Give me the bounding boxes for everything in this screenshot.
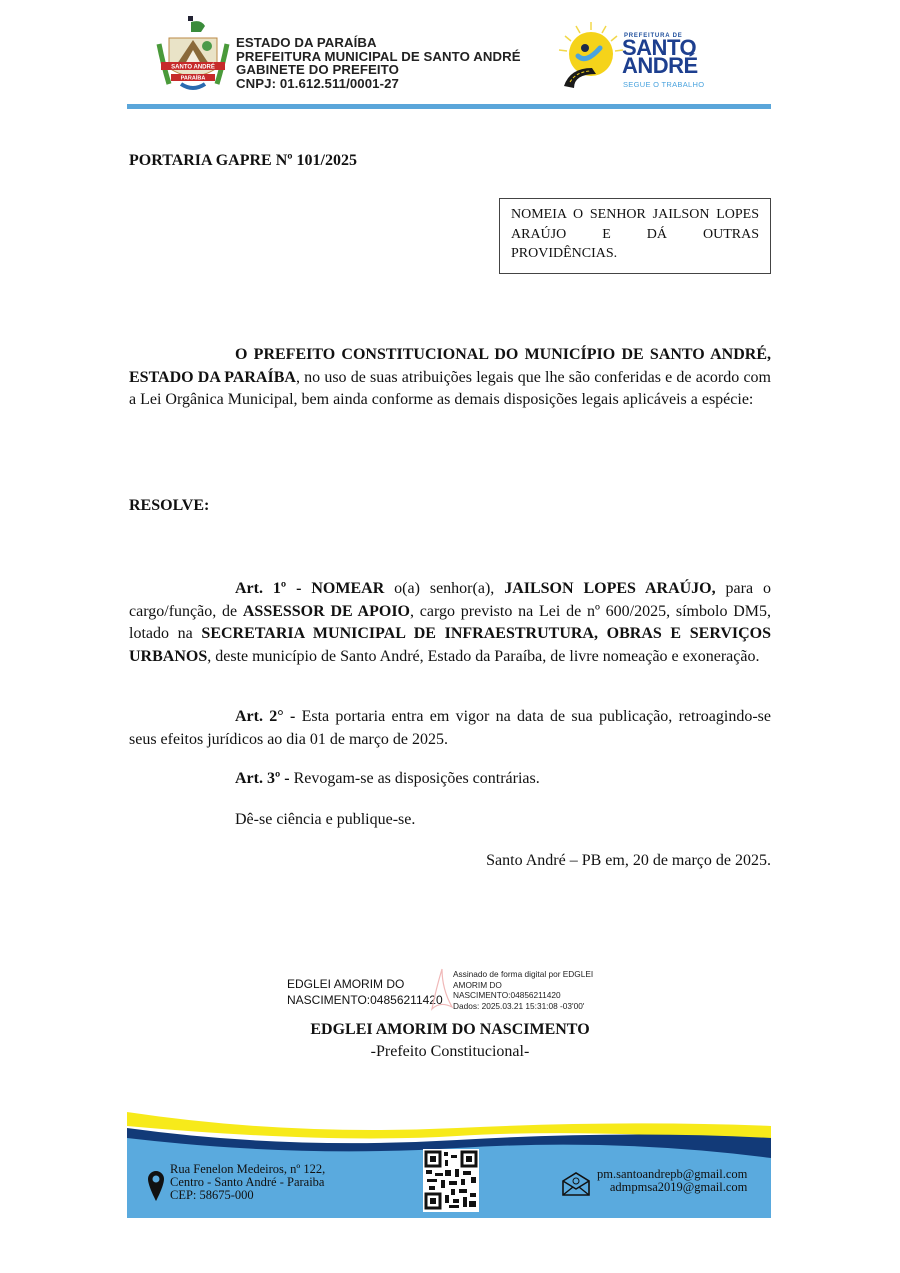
footer-emails: pm.santoandrepb@gmail.com admpmsa2019@gm…: [597, 1168, 747, 1194]
signer-role: -Prefeito Constitucional-: [0, 1043, 900, 1061]
digital-signature-name: EDGLEI AMORIM DO NASCIMENTO:04856211420: [287, 976, 443, 1008]
logo-slogan: SEGUE O TRABALHO: [623, 80, 704, 89]
email-secondary[interactable]: admpmsa2019@gmail.com: [597, 1181, 747, 1194]
place-date: Santo André – PB em, 20 de março de 2025…: [486, 852, 771, 870]
digital-signature-details: Assinado de forma digital por EDGLEI AMO…: [453, 969, 593, 1011]
signer-name: EDGLEI AMORIM DO NASCIMENTO: [0, 1021, 900, 1039]
municipal-crest-icon: SANTO ANDRÉ PARAÍBA: [155, 14, 231, 94]
appointee-role: ASSESSOR DE APOIO: [243, 603, 410, 620]
signature-mark-icon: [428, 967, 456, 1017]
header-prefeitura: PREFEITURA MUNICIPAL DE SANTO ANDRÉ: [236, 50, 521, 64]
closing-line: Dê-se ciência e publique-se.: [235, 811, 415, 829]
svg-text:PARAÍBA: PARAÍBA: [181, 74, 206, 82]
article-3: Art. 3º - Revogam-se as disposições cont…: [235, 770, 540, 788]
ementa-box: NOMEIA O SENHOR JAILSON LOPES ARAÚJO E D…: [499, 198, 771, 274]
header-cnpj: CNPJ: 01.612.511/0001-27: [236, 77, 521, 91]
header-state: ESTADO DA PARAÍBA: [236, 36, 521, 50]
header-gabinete: GABINETE DO PREFEITO: [236, 63, 521, 77]
location-pin-icon: [147, 1170, 165, 1202]
preamble-paragraph: O PREFEITO CONSTITUCIONAL DO MUNICÍPIO D…: [129, 344, 771, 412]
document-title: PORTARIA GAPRE Nº 101/2025: [129, 152, 357, 170]
svg-text:SANTO ANDRÉ: SANTO ANDRÉ: [171, 63, 215, 71]
article-1: Art. 1º - NOMEAR o(a) senhor(a), JAILSON…: [129, 578, 771, 668]
article-2: Art. 2° - Esta portaria entra em vigor n…: [129, 706, 771, 751]
resolve-heading: RESOLVE:: [129, 497, 209, 515]
envelope-icon: [561, 1171, 591, 1197]
footer-address: Rua Fenelon Medeiros, nº 122, Centro - S…: [170, 1163, 325, 1202]
header-institution-text: ESTADO DA PARAÍBA PREFEITURA MUNICIPAL D…: [236, 36, 521, 90]
qr-code-icon[interactable]: [423, 1149, 479, 1212]
logo-name: SANTO ANDRÉ: [622, 39, 698, 75]
appointee-name: JAILSON LOPES ARAÚJO,: [504, 580, 715, 597]
header-divider: [127, 104, 771, 109]
